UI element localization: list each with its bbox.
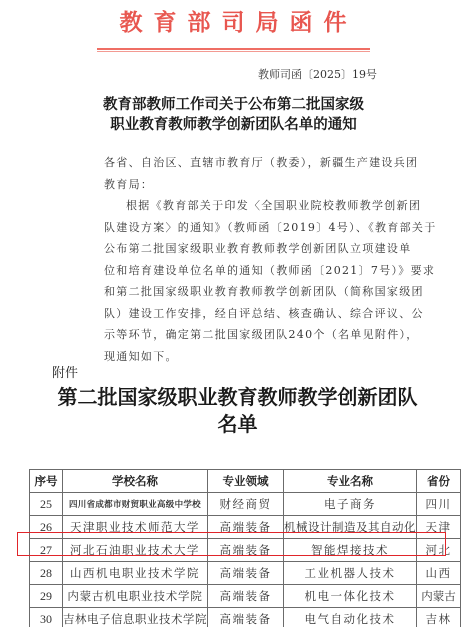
cell-province: 四川: [417, 493, 461, 516]
cell-major: 智能焊接技术: [284, 539, 417, 562]
notice-title-line: 教育部教师工作司关于公布第二批国家级: [0, 95, 467, 115]
addressee-line: 各省、自治区、直辖市教育厅（教委），新疆生产建设兵团: [104, 152, 404, 174]
attachment-title-line: 第二批国家级职业教育教师教学创新团队: [8, 384, 467, 411]
attachment-title-line: 名单: [8, 411, 467, 438]
notice-title: 教育部教师工作司关于公布第二批国家级 职业教育教师教学创新团队名单的通知: [0, 95, 467, 135]
header-school: 学校名称: [63, 470, 208, 493]
body-line: 示等环节，确定第二批国家级团队240个（名单见附件），: [104, 324, 404, 346]
team-roster-table: 序号 学校名称 专业领域 专业名称 省份 25 四川省成都市财贸职业高级中学校 …: [29, 469, 461, 627]
letterhead-rule-thin: [97, 51, 370, 52]
cell-seq: 27: [30, 539, 63, 562]
header-seq: 序号: [30, 470, 63, 493]
cell-field: 高端装备: [208, 539, 284, 562]
cell-major: 电子商务: [284, 493, 417, 516]
notice-body: 根据《教育部关于印发〈全国职业院校教师教学创新团 队建设方案〉的通知》（教师函〔…: [104, 195, 404, 367]
cell-province: 河北: [417, 539, 461, 562]
table-header-row: 序号 学校名称 专业领域 专业名称 省份: [30, 470, 461, 493]
cell-major: 电气自动化技术: [284, 608, 417, 627]
cell-seq: 25: [30, 493, 63, 516]
cell-field: 财经商贸: [208, 493, 284, 516]
cell-major: 机电一体化技术: [284, 585, 417, 608]
body-line: 位和培育建设单位名单的通知（教师函〔2021〕7号）》要求: [104, 260, 404, 282]
notice-title-line: 职业教育教师教学创新团队名单的通知: [0, 115, 467, 135]
cell-school: 天津职业技术师范大学: [63, 516, 208, 539]
letterhead-rule-thick: [97, 48, 370, 50]
cell-seq: 26: [30, 516, 63, 539]
addressee: 各省、自治区、直辖市教育厅（教委），新疆生产建设兵团 教育局：: [104, 152, 404, 195]
cell-school: 四川省成都市财贸职业高级中学校: [63, 493, 208, 516]
table-row: 25 四川省成都市财贸职业高级中学校 财经商贸 电子商务 四川: [30, 493, 461, 516]
cell-seq: 30: [30, 608, 63, 627]
cell-major: 机械设计制造及其自动化: [284, 516, 417, 539]
table-row: 30 吉林电子信息职业技术学院 高端装备 电气自动化技术 吉林: [30, 608, 461, 627]
header-major: 专业名称: [284, 470, 417, 493]
cell-school: 河北石油职业技术大学: [63, 539, 208, 562]
attachment-title: 第二批国家级职业教育教师教学创新团队 名单: [0, 384, 467, 438]
addressee-line: 教育局：: [104, 174, 404, 196]
attachment-label: 附件: [52, 362, 78, 381]
cell-school: 吉林电子信息职业技术学院: [63, 608, 208, 627]
cell-province: 天津: [417, 516, 461, 539]
header-province: 省份: [417, 470, 461, 493]
table-row-highlighted: 27 河北石油职业技术大学 高端装备 智能焊接技术 河北: [30, 539, 461, 562]
cell-school: 内蒙古机电职业技术学院: [63, 585, 208, 608]
cell-province: 吉林: [417, 608, 461, 627]
cell-field: 高端装备: [208, 608, 284, 627]
body-line: 和第二批国家级职业教育教师教学创新团队（简称国家级团: [104, 281, 404, 303]
body-line: 根据《教育部关于印发〈全国职业院校教师教学创新团: [104, 195, 404, 217]
body-line: 公布第二批国家级职业教育教师教学创新团队立项建设单: [104, 238, 404, 260]
cell-seq: 28: [30, 562, 63, 585]
cell-province: 内蒙古: [417, 585, 461, 608]
cell-field: 高端装备: [208, 516, 284, 539]
cell-province: 山西: [417, 562, 461, 585]
cell-major: 工业机器人技术: [284, 562, 417, 585]
letterhead-title: 教育部司局函件: [0, 8, 467, 38]
header-field: 专业领域: [208, 470, 284, 493]
document-number: 教师司函〔2025〕19号: [258, 66, 377, 82]
table-row: 26 天津职业技术师范大学 高端装备 机械设计制造及其自动化 天津: [30, 516, 461, 539]
body-line: 队建设方案〉的通知》（教师函〔2019〕4号）、《教育部关于: [104, 217, 404, 239]
table-row: 29 内蒙古机电职业技术学院 高端装备 机电一体化技术 内蒙古: [30, 585, 461, 608]
table-row: 28 山西机电职业技术学院 高端装备 工业机器人技术 山西: [30, 562, 461, 585]
cell-school: 山西机电职业技术学院: [63, 562, 208, 585]
cell-field: 高端装备: [208, 562, 284, 585]
body-line: 现通知如下。: [104, 346, 404, 368]
cell-seq: 29: [30, 585, 63, 608]
body-line: 队）建设工作安排，经自评总结、核查确认、综合评议、公: [104, 303, 404, 325]
cell-field: 高端装备: [208, 585, 284, 608]
